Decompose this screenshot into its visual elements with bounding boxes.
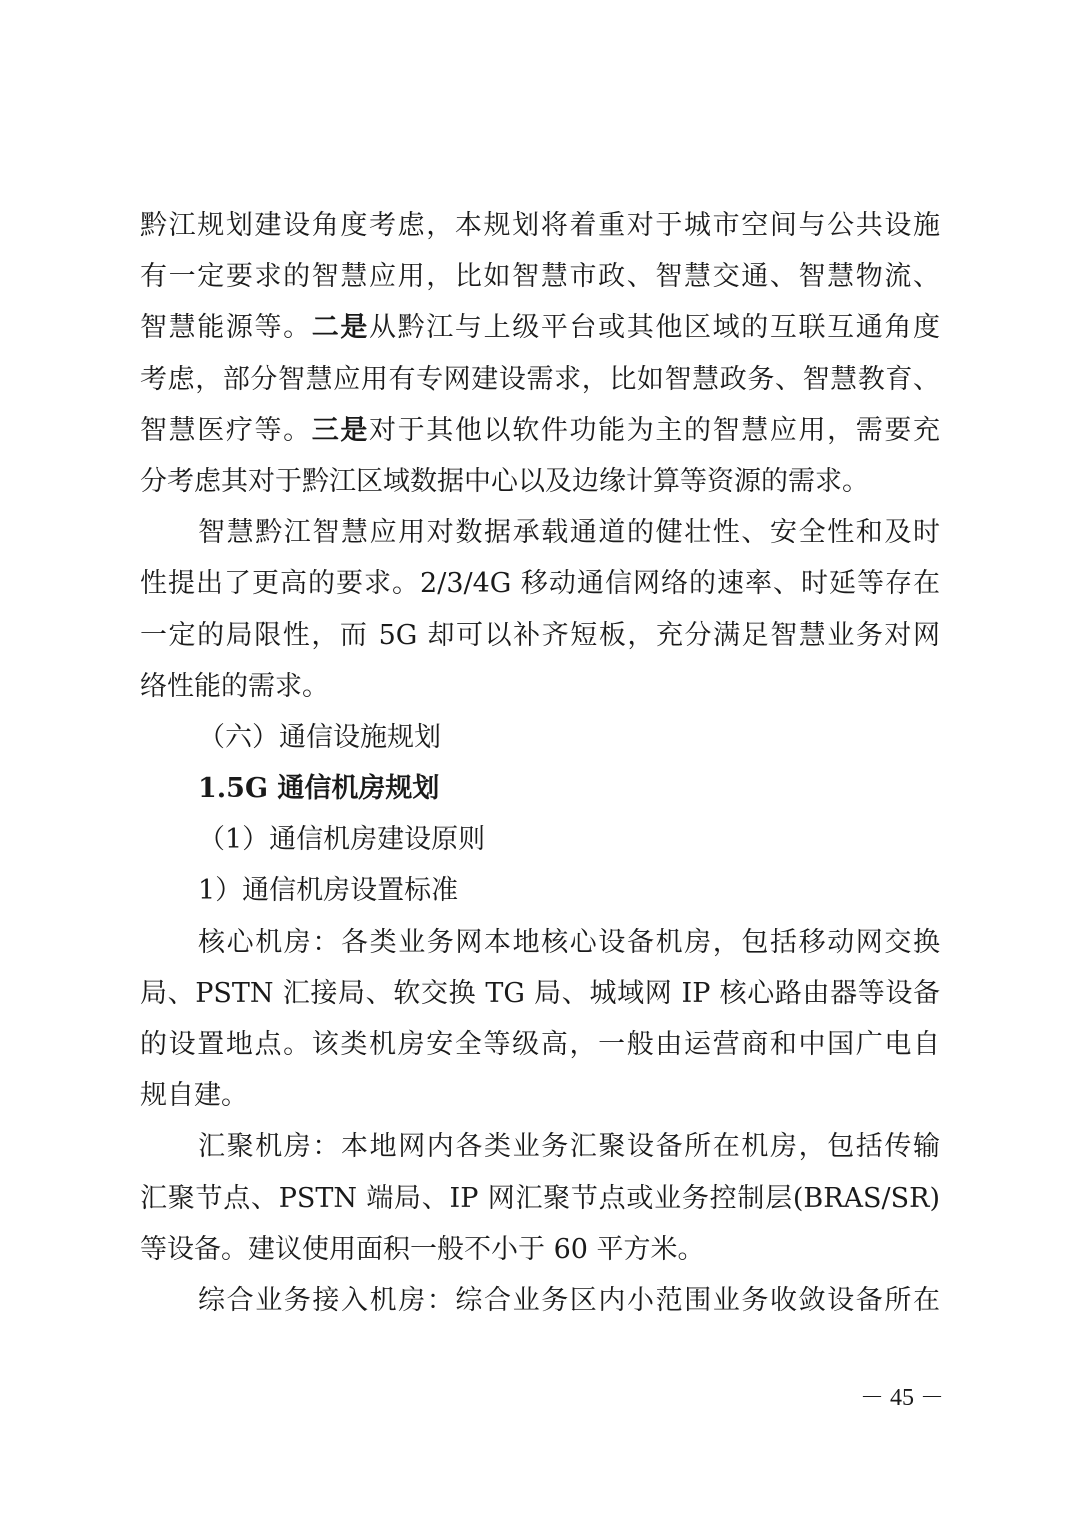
subsection-heading: 1.5G 通信机房规划 — [140, 763, 940, 814]
subitem-heading: 1）通信机房设置标准 — [140, 865, 940, 916]
paragraph-first-line: 智慧黔江智慧应用对数据承载通道的健壮性、安全性和及时 — [140, 507, 940, 558]
page-number: － 45 － — [860, 1377, 944, 1412]
text-line: 等设备。建议使用面积一般不小于 60 平方米。 — [140, 1224, 940, 1275]
text-line: 一定的局限性，而 5G 却可以补齐短板，充分满足智慧业务对网 — [140, 610, 940, 661]
text-run: 智慧医疗等。 — [140, 415, 312, 446]
emphasis-second: 二是 — [312, 312, 369, 343]
text-line: 智慧医疗等。三是对于其他以软件功能为主的智慧应用，需要充 — [140, 405, 940, 456]
emphasis-third: 三是 — [312, 415, 369, 446]
section-heading: （六）通信设施规划 — [140, 712, 940, 763]
text-line: 汇聚节点、PSTN 端局、IP 网汇聚节点或业务控制层(BRAS/SR) — [140, 1173, 940, 1224]
paragraph-first-line: 汇聚机房：本地网内各类业务汇聚设备所在机房，包括传输 — [140, 1121, 940, 1172]
text-run: 对于其他以软件功能为主的智慧应用，需要充 — [369, 415, 940, 446]
text-run: 智慧能源等。 — [140, 312, 312, 343]
text-line: 有一定要求的智慧应用，比如智慧市政、智慧交通、智慧物流、 — [140, 251, 940, 302]
document-page: 黔江规划建设角度考虑，本规划将着重对于城市空间与公共设施 有一定要求的智慧应用，… — [140, 200, 940, 1326]
text-line: 考虑，部分智慧应用有专网建设需求，比如智慧政务、智慧教育、 — [140, 354, 940, 405]
text-line: 的设置地点。该类机房安全等级高，一般由运营商和中国广电自 — [140, 1019, 940, 1070]
text-line: 规自建。 — [140, 1070, 940, 1121]
text-line: 络性能的需求。 — [140, 661, 940, 712]
text-run: 从黔江与上级平台或其他区域的互联互通角度 — [369, 312, 940, 343]
text-line: 性提出了更高的要求。2/3/4G 移动通信网络的速率、时延等存在 — [140, 558, 940, 609]
text-line: 局、PSTN 汇接局、软交换 TG 局、城域网 IP 核心路由器等设备 — [140, 968, 940, 1019]
text-line: 分考虑其对于黔江区域数据中心以及边缘计算等资源的需求。 — [140, 456, 940, 507]
text-line: 黔江规划建设角度考虑，本规划将着重对于城市空间与公共设施 — [140, 200, 940, 251]
paragraph-first-line: 核心机房：各类业务网本地核心设备机房，包括移动网交换 — [140, 917, 940, 968]
text-line: 智慧能源等。二是从黔江与上级平台或其他区域的互联互通角度 — [140, 302, 940, 353]
item-heading: （1）通信机房建设原则 — [140, 814, 940, 865]
paragraph-first-line: 综合业务接入机房：综合业务区内小范围业务收敛设备所在 — [140, 1275, 940, 1326]
